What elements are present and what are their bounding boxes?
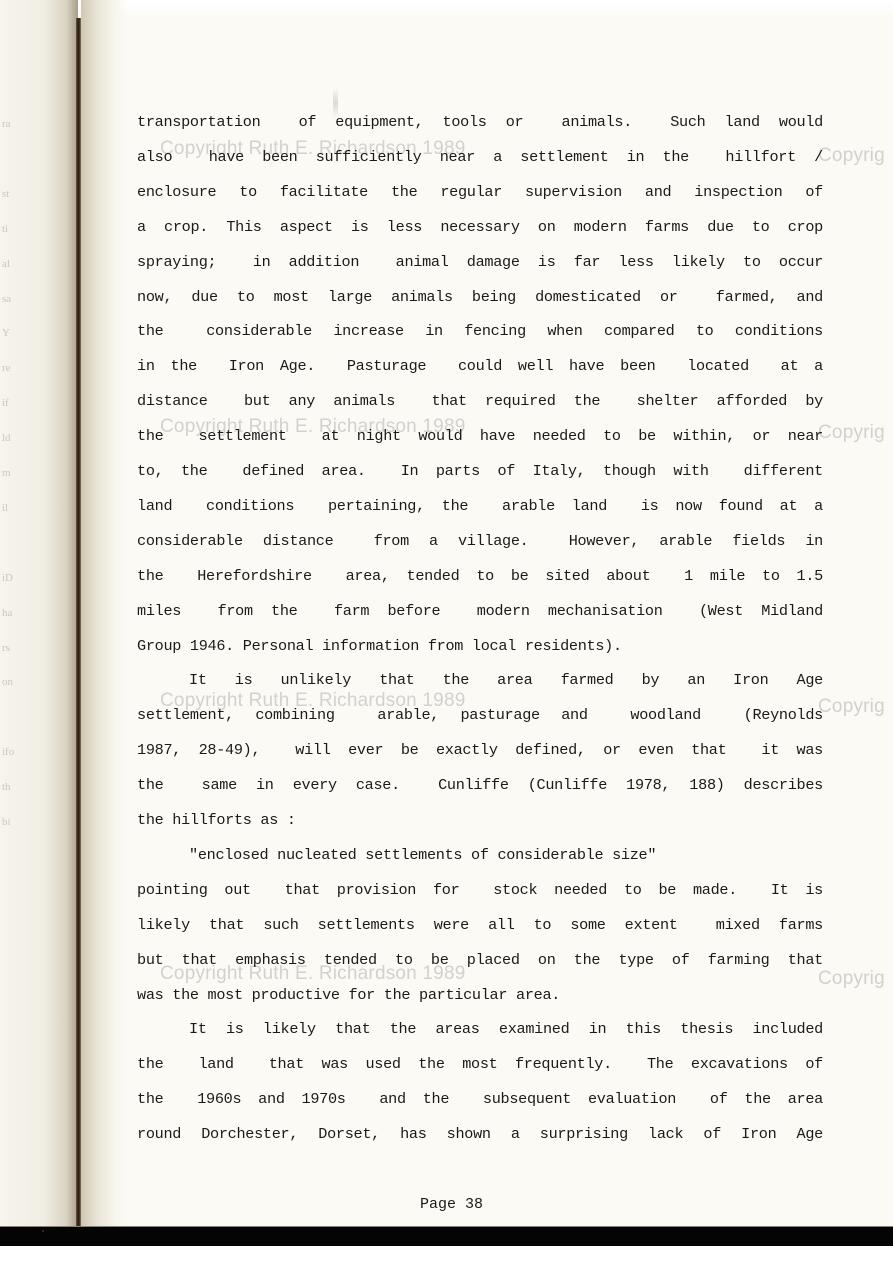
bleed-through-text: if — [2, 397, 22, 409]
text-line: in the Iron Age. Pasturage could well ha… — [137, 356, 823, 376]
text-line: "enclosed nucleated settlements of consi… — [137, 845, 823, 865]
bleed-through-text: al — [2, 258, 22, 270]
watermark: Copyrig — [818, 422, 885, 444]
bleed-through-text: il — [2, 502, 22, 514]
bleed-through-text: ha — [2, 607, 22, 619]
bleed-through-text: ti — [2, 223, 22, 235]
text-line: a crop. This aspect is less necessary on… — [137, 217, 823, 237]
text-line: the 1960s and 1970s and the subsequent e… — [137, 1089, 823, 1109]
bleed-through-text: ifo — [2, 746, 22, 758]
bleed-through-text: re — [2, 362, 22, 374]
page-top-edge — [0, 0, 893, 18]
bleed-through-text: st — [2, 188, 22, 200]
text-line: the settlement at night would have neede… — [137, 426, 823, 446]
text-line: considerable distance from a village. Ho… — [137, 531, 823, 551]
watermark: Copyrig — [818, 145, 885, 167]
scan-speck — [42, 1230, 44, 1232]
text-line: but that emphasis tended to be placed on… — [137, 950, 823, 970]
text-line: miles from the farm before modern mechan… — [137, 601, 823, 621]
bleed-through-text: ra — [2, 118, 22, 130]
text-line: the land that was used the most frequent… — [137, 1054, 823, 1074]
text-line: spraying; in addition animal damage is f… — [137, 252, 823, 272]
bleed-through-text: on — [2, 676, 22, 688]
bleed-through-text: th — [2, 781, 22, 793]
text-line: settlement, combining arable, pasturage … — [137, 705, 823, 725]
bleed-through-text: rs — [2, 642, 22, 654]
text-line: also have been sufficiently near a settl… — [137, 147, 823, 167]
bleed-through-text: m — [2, 467, 22, 479]
text-line: pointing out that provision for stock ne… — [137, 880, 823, 900]
watermark: Copyrig — [818, 696, 885, 718]
text-line: round Dorchester, Dorset, has shown a su… — [137, 1124, 823, 1144]
book-gutter — [76, 18, 81, 1226]
facing-page-edge: rasttialsaYreifldmiliDharsonifothbi — [0, 0, 78, 1228]
watermark: Copyrig — [818, 968, 885, 990]
gutter-shadow — [81, 0, 126, 1228]
text-line: land conditions pertaining, the arable l… — [137, 496, 823, 516]
text-line: likely that such settlements were all to… — [137, 915, 823, 935]
text-line: to, the defined area. In parts of Italy,… — [137, 461, 823, 481]
text-line: now, due to most large animals being dom… — [137, 287, 823, 307]
scanner-bottom-edge — [0, 1226, 893, 1247]
image-bottom-margin — [0, 1246, 893, 1263]
text-line: the Herefordshire area, tended to be sit… — [137, 566, 823, 586]
text-line: distance but any animals that required t… — [137, 391, 823, 411]
text-line: It is likely that the areas examined in … — [137, 1019, 823, 1039]
text-line: the considerable increase in fencing whe… — [137, 321, 823, 341]
text-line: It is unlikely that the area farmed by a… — [137, 670, 823, 690]
bleed-through-text: bi — [2, 816, 22, 828]
text-line: transportation of equipment, tools or an… — [137, 112, 823, 132]
bleed-through-text: ld — [2, 432, 22, 444]
page-number: Page 38 — [0, 1196, 893, 1213]
text-line: the same in every case. Cunliffe (Cunlif… — [137, 775, 823, 795]
bleed-through-text: Y — [2, 327, 22, 339]
text-line: 1987, 28-49), will ever be exactly defin… — [137, 740, 823, 760]
text-line: Group 1946. Personal information from lo… — [137, 636, 823, 656]
text-line: the hillforts as : — [137, 810, 823, 830]
bleed-through-text: iD — [2, 572, 22, 584]
text-line: enclosure to facilitate the regular supe… — [137, 182, 823, 202]
bleed-through-text: sa — [2, 293, 22, 305]
text-line: was the most productive for the particul… — [137, 985, 823, 1005]
